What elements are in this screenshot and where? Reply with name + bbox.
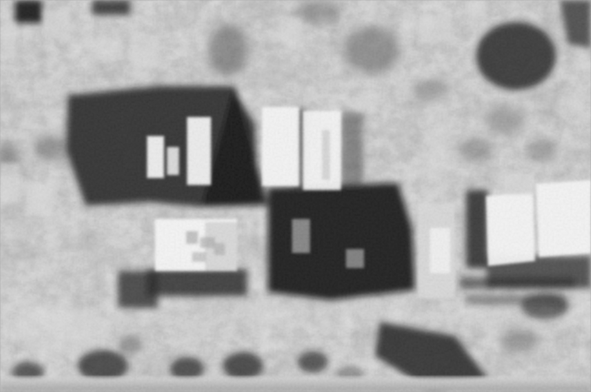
photo-canvas: [0, 0, 591, 392]
film-grain-overlay: [0, 0, 591, 392]
aerial-photo: [0, 0, 591, 392]
